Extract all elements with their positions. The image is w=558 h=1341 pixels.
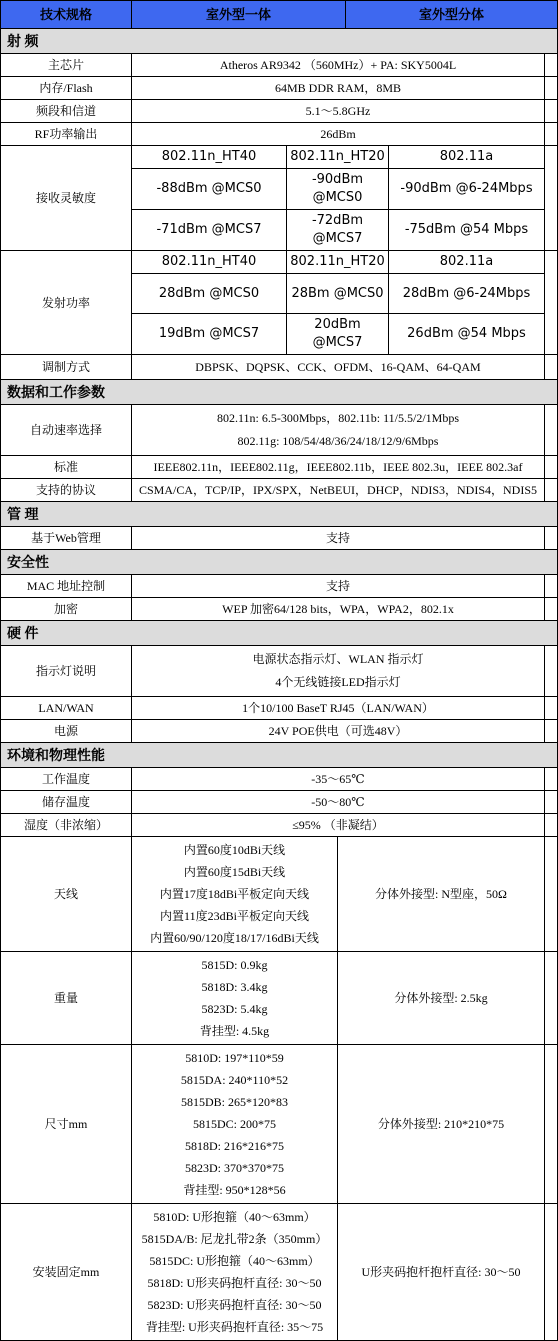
row-mac-control-value: 支持 xyxy=(132,575,545,597)
subtable-cell: 26dBm @54 Mbps xyxy=(389,314,545,354)
row-standards-value: IEEE802.11n，IEEE802.11g，IEEE802.11b，IEEE… xyxy=(132,456,545,478)
row-memory: 内存/Flash 64MB DDR RAM，8MB xyxy=(1,77,557,100)
mounting-line: 5823D: U形夹码抱杆直径: 30～50 xyxy=(147,1294,321,1316)
row-chip-label: 主芯片 xyxy=(1,54,132,76)
row-mounting-split: U形夹码抱杆抱杆直径: 30～50 xyxy=(338,1204,545,1340)
end-strip xyxy=(545,791,557,813)
section-rf: 射 频 xyxy=(1,29,557,54)
end-strip xyxy=(545,1204,557,1340)
row-web-mgmt-value: 支持 xyxy=(132,527,545,549)
row-auto-rate-value: 802.11n: 6.5-300Mbps，802.11b: 11/5.5/2/1… xyxy=(132,405,545,455)
end-strip xyxy=(545,100,557,122)
row-storage-temp-value: -50～80℃ xyxy=(132,791,545,813)
section-environment: 环境和物理性能 xyxy=(1,743,557,768)
subtable-cell: -72dBm @MCS7 xyxy=(287,210,389,250)
subtable-header-cell: 802.11n_HT20 xyxy=(287,251,389,273)
weight-line: 5823D: 5.4kg xyxy=(202,998,268,1020)
mounting-line: 5818D: U形夹码抱杆直径: 30～50 xyxy=(147,1272,321,1294)
row-weight-integrated: 5815D: 0.9kg 5818D: 3.4kg 5823D: 5.4kg 背… xyxy=(132,952,338,1044)
row-mounting-label: 安装固定mm xyxy=(1,1204,132,1340)
row-led-value: 电源状态指示灯、WLAN 指示灯 4个无线链接LED指示灯 xyxy=(132,646,545,696)
row-auto-rate-label: 自动速率选择 xyxy=(1,405,132,455)
subtable-cell: -71dBm @MCS7 xyxy=(132,210,287,250)
subtable-cell: -90dBm @MCS0 xyxy=(287,169,389,209)
end-strip xyxy=(545,814,557,836)
row-lan-wan-label: LAN/WAN xyxy=(1,697,132,719)
end-strip xyxy=(545,479,557,501)
row-mounting: 安装固定mm 5810D: U形抱箍（40～63mm） 5815DA/B: 尼龙… xyxy=(1,1204,557,1340)
row-antenna-integrated: 内置60度10dBi天线 内置60度15dBi天线 内置17度18dBi平板定向… xyxy=(132,837,338,951)
table-header-row: 技术规格 室外型一体 室外型分体 xyxy=(1,1,557,29)
row-rf-power-label: RF功率输出 xyxy=(1,123,132,145)
tx-power-data-row: 28dBm @MCS0 28Bm @MCS0 28dBm @6-24Mbps xyxy=(132,274,545,314)
row-tx-power-label: 发射功率 xyxy=(1,251,132,354)
subtable-cell: 28Bm @MCS0 xyxy=(287,274,389,313)
end-strip xyxy=(545,768,557,790)
antenna-line: 内置60/90/120度18/17/16dBi天线 xyxy=(150,927,319,949)
row-tx-power: 发射功率 802.11n_HT40 802.11n_HT20 802.11a 2… xyxy=(1,251,557,355)
dimension-line: 5815DC: 200*75 xyxy=(193,1113,276,1135)
row-encryption-value: WEP 加密64/128 bits，WPA，WPA2，802.1x xyxy=(132,598,545,620)
dimension-line: 背挂型: 950*128*56 xyxy=(183,1179,285,1201)
spec-table: 技术规格 室外型一体 室外型分体 射 频 主芯片 Atheros AR9342 … xyxy=(0,0,558,1341)
end-strip xyxy=(545,952,557,1044)
row-rf-power: RF功率输出 26dBm xyxy=(1,123,557,146)
end-strip xyxy=(545,697,557,719)
header-split-label: 室外型分体 xyxy=(346,1,557,28)
antenna-line: 内置17度18dBi平板定向天线 xyxy=(160,883,309,905)
tx-power-subtable: 802.11n_HT40 802.11n_HT20 802.11a 28dBm … xyxy=(132,251,545,354)
row-mounting-integrated: 5810D: U形抱箍（40～63mm） 5815DA/B: 尼龙扎带2条（35… xyxy=(132,1204,338,1340)
subtable-cell: -75dBm @54 Mbps xyxy=(389,210,545,250)
led-line: 电源状态指示灯、WLAN 指示灯 xyxy=(253,648,424,671)
weight-line: 5815D: 0.9kg xyxy=(202,954,268,976)
row-antenna: 天线 内置60度10dBi天线 内置60度15dBi天线 内置17度18dBi平… xyxy=(1,837,557,952)
row-encryption-label: 加密 xyxy=(1,598,132,620)
row-modulation-label: 调制方式 xyxy=(1,355,132,379)
row-humidity: 湿度（非浓缩） ≤95% （非凝结） xyxy=(1,814,557,837)
row-protocols-value: CSMA/CA，TCP/IP，IPX/SPX，NetBEUI，DHCP，NDIS… xyxy=(132,479,545,501)
row-led: 指示灯说明 电源状态指示灯、WLAN 指示灯 4个无线链接LED指示灯 xyxy=(1,646,557,697)
end-strip xyxy=(545,646,557,696)
row-chip: 主芯片 Atheros AR9342 （560MHz）+ PA: SKY5004… xyxy=(1,54,557,77)
row-standards-label: 标准 xyxy=(1,456,132,478)
row-mac-control: MAC 地址控制 支持 xyxy=(1,575,557,598)
row-dimensions: 尺寸mm 5810D: 197*110*59 5815DA: 240*110*5… xyxy=(1,1045,557,1204)
tx-power-header-row: 802.11n_HT40 802.11n_HT20 802.11a xyxy=(132,251,545,274)
end-strip xyxy=(545,720,557,742)
end-strip xyxy=(545,598,557,620)
row-rf-power-value: 26dBm xyxy=(132,123,545,145)
weight-line: 背挂型: 4.5kg xyxy=(200,1020,269,1042)
row-encryption: 加密 WEP 加密64/128 bits，WPA，WPA2，802.1x xyxy=(1,598,557,621)
row-modulation: 调制方式 DBPSK、DQPSK、CCK、OFDM、16-QAM、64-QAM xyxy=(1,355,557,380)
dimension-line: 5810D: 197*110*59 xyxy=(185,1047,284,1069)
row-work-temp-label: 工作温度 xyxy=(1,768,132,790)
mounting-line: 5815DC: U形抱箍（40～63mm） xyxy=(149,1250,319,1272)
row-dimensions-label: 尺寸mm xyxy=(1,1045,132,1203)
end-strip xyxy=(545,355,557,379)
section-data-params: 数据和工作参数 xyxy=(1,380,557,405)
dimension-line: 5823D: 370*370*75 xyxy=(185,1157,284,1179)
header-spec-label: 技术规格 xyxy=(1,1,132,28)
row-modulation-value: DBPSK、DQPSK、CCK、OFDM、16-QAM、64-QAM xyxy=(132,355,545,379)
end-strip xyxy=(545,146,557,250)
row-work-temp-value: -35～65℃ xyxy=(132,768,545,790)
end-strip xyxy=(545,405,557,455)
subtable-cell: 19dBm @MCS7 xyxy=(132,314,287,354)
end-strip xyxy=(545,251,557,354)
row-auto-rate: 自动速率选择 802.11n: 6.5-300Mbps，802.11b: 11/… xyxy=(1,405,557,456)
weight-line: 5818D: 3.4kg xyxy=(202,976,268,998)
end-strip xyxy=(545,77,557,99)
tx-power-data-row: 19dBm @MCS7 20dBm @MCS7 26dBm @54 Mbps xyxy=(132,314,545,354)
subtable-cell: -88dBm @MCS0 xyxy=(132,169,287,209)
mounting-line: 背挂型: U形夹码抱杆直径: 35～75 xyxy=(146,1316,323,1338)
row-dimensions-split: 分体外接型: 210*210*75 xyxy=(338,1045,545,1203)
row-antenna-label: 天线 xyxy=(1,837,132,951)
row-web-mgmt: 基于Web管理 支持 xyxy=(1,527,557,550)
row-chip-value: Atheros AR9342 （560MHz）+ PA: SKY5004L xyxy=(132,54,545,76)
row-mac-control-label: MAC 地址控制 xyxy=(1,575,132,597)
mounting-line: 5810D: U形抱箍（40～63mm） xyxy=(153,1206,315,1228)
mounting-line: 5815DA/B: 尼龙扎带2条（350mm） xyxy=(142,1228,328,1250)
row-led-label: 指示灯说明 xyxy=(1,646,132,696)
subtable-cell: 20dBm @MCS7 xyxy=(287,314,389,354)
row-sensitivity-label: 接收灵敏度 xyxy=(1,146,132,250)
row-memory-value: 64MB DDR RAM，8MB xyxy=(132,77,545,99)
row-protocols: 支持的协议 CSMA/CA，TCP/IP，IPX/SPX，NetBEUI，DHC… xyxy=(1,479,557,502)
row-power: 电源 24V POE供电（可选48V） xyxy=(1,720,557,743)
row-standards: 标准 IEEE802.11n，IEEE802.11g，IEEE802.11b，I… xyxy=(1,456,557,479)
row-dimensions-integrated: 5810D: 197*110*59 5815DA: 240*110*52 581… xyxy=(132,1045,338,1203)
row-band: 频段和信道 5.1～5.8GHz xyxy=(1,100,557,123)
row-power-value: 24V POE供电（可选48V） xyxy=(132,720,545,742)
row-sensitivity: 接收灵敏度 802.11n_HT40 802.11n_HT20 802.11a … xyxy=(1,146,557,251)
row-band-label: 频段和信道 xyxy=(1,100,132,122)
end-strip xyxy=(545,527,557,549)
subtable-cell: 28dBm @6-24Mbps xyxy=(389,274,545,313)
end-strip xyxy=(545,837,557,951)
antenna-line: 内置60度10dBi天线 xyxy=(184,839,285,861)
row-humidity-label: 湿度（非浓缩） xyxy=(1,814,132,836)
row-humidity-value: ≤95% （非凝结） xyxy=(132,814,545,836)
section-hardware: 硬 件 xyxy=(1,621,557,646)
sensitivity-header-row: 802.11n_HT40 802.11n_HT20 802.11a xyxy=(132,146,545,169)
row-storage-temp: 储存温度 -50～80℃ xyxy=(1,791,557,814)
subtable-cell: -90dBm @6-24Mbps xyxy=(389,169,545,209)
end-strip xyxy=(545,1045,557,1203)
row-storage-temp-label: 储存温度 xyxy=(1,791,132,813)
row-weight-label: 重量 xyxy=(1,952,132,1044)
row-memory-label: 内存/Flash xyxy=(1,77,132,99)
row-band-value: 5.1～5.8GHz xyxy=(132,100,545,122)
subtable-header-cell: 802.11a xyxy=(389,251,545,273)
dimension-line: 5815DA: 240*110*52 xyxy=(181,1069,288,1091)
section-security: 安全性 xyxy=(1,550,557,575)
row-power-label: 电源 xyxy=(1,720,132,742)
end-strip xyxy=(545,54,557,76)
header-integrated-label: 室外型一体 xyxy=(132,1,346,28)
end-strip xyxy=(545,575,557,597)
sensitivity-data-row: -88dBm @MCS0 -90dBm @MCS0 -90dBm @6-24Mb… xyxy=(132,169,545,210)
end-strip xyxy=(545,123,557,145)
row-weight-split: 分体外接型: 2.5kg xyxy=(338,952,545,1044)
row-antenna-split: 分体外接型: N型座，50Ω xyxy=(338,837,545,951)
subtable-header-cell: 802.11n_HT40 xyxy=(132,251,287,273)
row-weight: 重量 5815D: 0.9kg 5818D: 3.4kg 5823D: 5.4k… xyxy=(1,952,557,1045)
subtable-header-cell: 802.11a xyxy=(389,146,545,168)
row-protocols-label: 支持的协议 xyxy=(1,479,132,501)
subtable-header-cell: 802.11n_HT20 xyxy=(287,146,389,168)
dimension-line: 5818D: 216*216*75 xyxy=(185,1135,284,1157)
row-lan-wan: LAN/WAN 1个10/100 BaseT RJ45（LAN/WAN） xyxy=(1,697,557,720)
row-lan-wan-value: 1个10/100 BaseT RJ45（LAN/WAN） xyxy=(132,697,545,719)
sensitivity-subtable: 802.11n_HT40 802.11n_HT20 802.11a -88dBm… xyxy=(132,146,545,250)
antenna-line: 内置60度15dBi天线 xyxy=(184,861,285,883)
section-management: 管 理 xyxy=(1,502,557,527)
end-strip xyxy=(545,456,557,478)
row-work-temp: 工作温度 -35～65℃ xyxy=(1,768,557,791)
subtable-header-cell: 802.11n_HT40 xyxy=(132,146,287,168)
auto-rate-line: 802.11n: 6.5-300Mbps，802.11b: 11/5.5/2/1… xyxy=(217,407,459,430)
sensitivity-data-row: -71dBm @MCS7 -72dBm @MCS7 -75dBm @54 Mbp… xyxy=(132,210,545,250)
auto-rate-line: 802.11g: 108/54/48/36/24/18/12/9/6Mbps xyxy=(238,430,439,453)
led-line: 4个无线链接LED指示灯 xyxy=(275,671,400,694)
row-web-mgmt-label: 基于Web管理 xyxy=(1,527,132,549)
dimension-line: 5815DB: 265*120*83 xyxy=(181,1091,288,1113)
subtable-cell: 28dBm @MCS0 xyxy=(132,274,287,313)
antenna-line: 内置11度23dBi平板定向天线 xyxy=(160,905,309,927)
